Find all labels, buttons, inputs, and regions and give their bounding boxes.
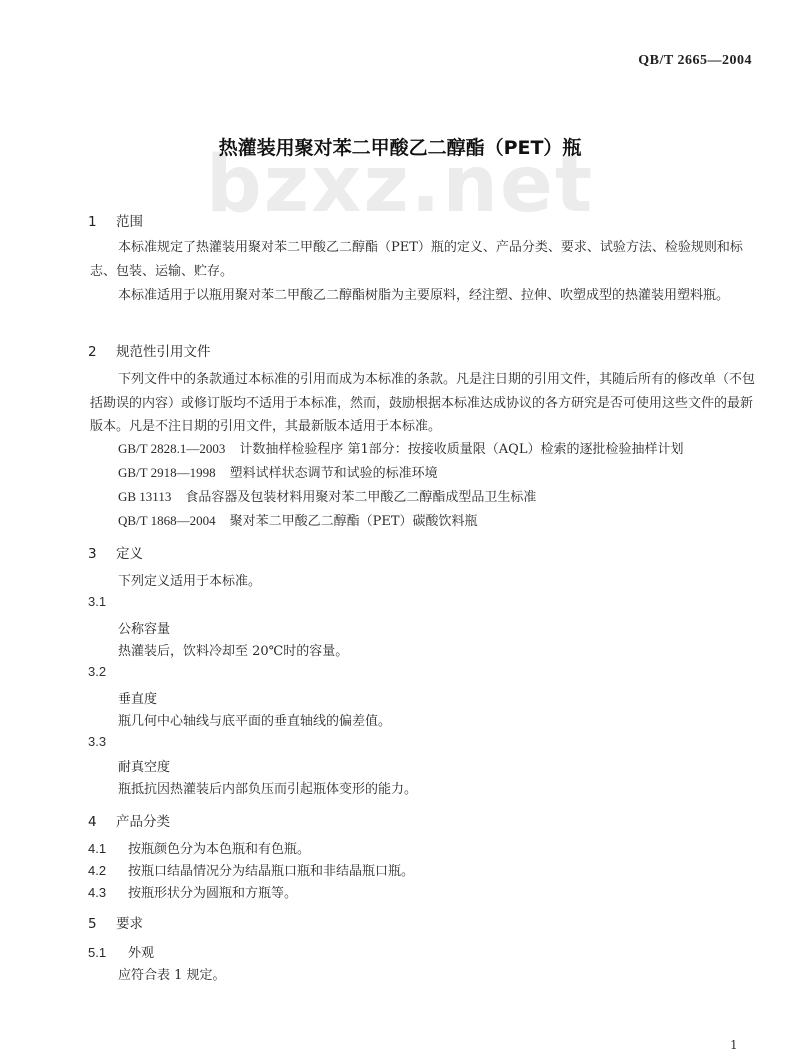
section-title: 产品分类 xyxy=(116,814,170,830)
item-text: 按瓶口结晶情况分为结晶瓶口瓶和非结晶瓶口瓶。 xyxy=(128,864,414,879)
item-text: 按瓶颜色分为本色瓶和有色瓶。 xyxy=(128,842,310,857)
reference-item: GB/T 2918—1998塑料试样状态调节和试验的标准环境 xyxy=(118,462,438,481)
definition-text: 瓶几何中心轴线与底平面的垂直轴线的偏差值。 xyxy=(118,710,391,729)
reference-code: GB 13113 xyxy=(118,489,171,505)
section-heading-2: 2规范性引用文件 xyxy=(88,340,211,360)
requirement-detail: 应符合表 1 规定。 xyxy=(118,964,226,983)
reference-code: GB/T 2918—1998 xyxy=(118,465,216,481)
paragraph: 本标准适用于以瓶用聚对苯二甲酸乙二醇酯树脂为主要原料，经注塑、拉伸、吹塑成型的热… xyxy=(90,284,758,308)
reference-title: 计数抽样检验程序 第1部分：按接收质量限（AQL）检索的逐批检验抽样计划 xyxy=(239,442,683,457)
definition-term: 公称容量 xyxy=(118,618,170,637)
definition-number: 3.1 xyxy=(88,594,106,609)
definition-number: 3.2 xyxy=(88,664,106,679)
reference-title: 塑料试样状态调节和试验的标准环境 xyxy=(230,466,438,481)
section-heading-1: 1范围 xyxy=(88,210,143,230)
section-number: 3 xyxy=(88,546,116,562)
page-number: 1 xyxy=(730,1038,738,1052)
definition-term: 耐真空度 xyxy=(118,756,170,775)
item-number: 4.3 xyxy=(88,885,128,900)
item-number: 4.2 xyxy=(88,863,128,878)
definitions-intro: 下列定义适用于本标准。 xyxy=(118,570,261,589)
item-text: 外观 xyxy=(128,946,154,961)
section-title: 范围 xyxy=(116,214,143,230)
reference-item: QB/T 1868—2004聚对苯二甲酸乙二醇酯（PET）碳酸饮料瓶 xyxy=(118,510,478,529)
reference-title: 食品容器及包装材料用聚对苯二甲酸乙二醇酯成型品卫生标准 xyxy=(185,490,536,505)
section-title: 规范性引用文件 xyxy=(116,344,211,360)
requirement-item: 5.1外观 xyxy=(88,942,154,961)
section-title: 定义 xyxy=(116,546,143,562)
section-number: 5 xyxy=(88,916,116,932)
section-number: 2 xyxy=(88,344,116,360)
section-title: 要求 xyxy=(116,916,143,932)
reference-code: QB/T 1868—2004 xyxy=(118,513,216,529)
reference-item: GB 13113食品容器及包装材料用聚对苯二甲酸乙二醇酯成型品卫生标准 xyxy=(118,486,536,505)
definition-text: 瓶抵抗因热灌装后内部负压而引起瓶体变形的能力。 xyxy=(118,778,417,797)
reference-title: 聚对苯二甲酸乙二醇酯（PET）碳酸饮料瓶 xyxy=(230,514,478,529)
reference-item: GB/T 2828.1—2003计数抽样检验程序 第1部分：按接收质量限（AQL… xyxy=(118,438,683,457)
item-text: 按瓶形状分为圆瓶和方瓶等。 xyxy=(128,886,297,901)
classification-item: 4.3按瓶形状分为圆瓶和方瓶等。 xyxy=(88,882,297,901)
paragraph: 下列文件中的条款通过本标准的引用而成为本标准的条款。凡是注日期的引用文件，其随后… xyxy=(90,368,758,439)
reference-code: GB/T 2828.1—2003 xyxy=(118,441,225,457)
section-heading-3: 3定义 xyxy=(88,542,143,562)
section-number: 4 xyxy=(88,814,116,830)
definition-text: 热灌装后，饮料冷却至 20℃时的容量。 xyxy=(118,640,348,659)
section-number: 1 xyxy=(88,214,116,230)
section-heading-5: 5要求 xyxy=(88,912,143,932)
definition-number: 3.3 xyxy=(88,734,106,749)
paragraph: 本标准规定了热灌装用聚对苯二甲酸乙二醇酯（PET）瓶的定义、产品分类、要求、试验… xyxy=(90,236,758,284)
standard-code: QB/T 2665—2004 xyxy=(638,53,752,69)
definition-term: 垂直度 xyxy=(118,688,157,707)
document-title: 热灌装用聚对苯二甲酸乙二醇酯（PET）瓶 xyxy=(0,133,800,160)
item-number: 5.1 xyxy=(88,945,128,960)
item-number: 4.1 xyxy=(88,841,128,856)
section-heading-4: 4产品分类 xyxy=(88,810,170,830)
classification-item: 4.2按瓶口结晶情况分为结晶瓶口瓶和非结晶瓶口瓶。 xyxy=(88,860,414,879)
classification-item: 4.1按瓶颜色分为本色瓶和有色瓶。 xyxy=(88,838,310,857)
